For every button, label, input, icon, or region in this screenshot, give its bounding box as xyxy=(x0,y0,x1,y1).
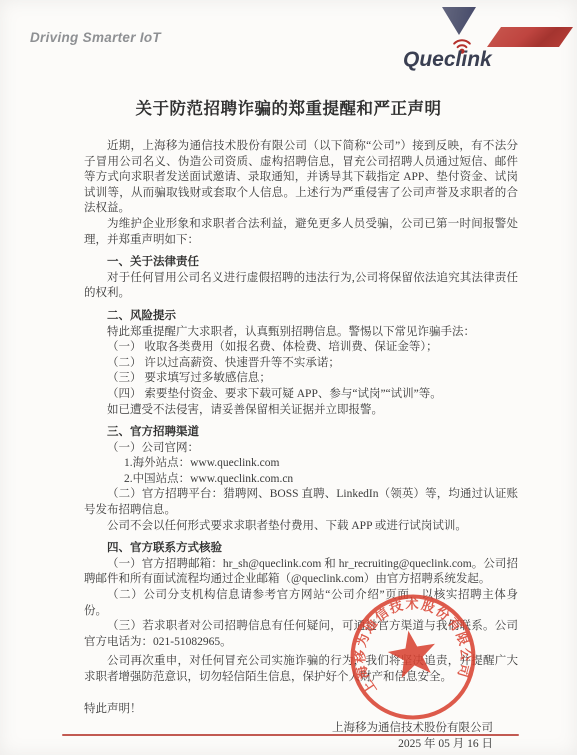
closing-paragraph: 公司再次重申，对任何冒充公司实施诈骗的行为，我们将坚决追责，并提醒广大求职者增强… xyxy=(84,654,518,685)
brand-tagline: Driving Smarter IoT xyxy=(30,30,161,45)
section4-heading: 四、官方联系方式核验 xyxy=(84,541,518,557)
statement-line: 特此声明！ xyxy=(84,702,518,718)
logo-triangle-icon xyxy=(442,7,476,35)
section1-heading: 一、关于法律责任 xyxy=(84,255,518,271)
brand-name: Queclink xyxy=(403,48,492,72)
scanned-letter-page: Driving Smarter IoT Queclink 关于防范招聘诈骗的郑重… xyxy=(0,0,577,755)
section2-heading: 二、风险提示 xyxy=(84,309,518,325)
section2-item-2: （二） 许以过高薪资、快速晋升等不实承诺； xyxy=(84,356,518,372)
document-body: 近期，上海移为通信技术股份有限公司（以下简称“公司”）接到反映，有不法分子冒用公… xyxy=(84,139,518,752)
section2-outro: 如已遭受不法侵害，请妥善保留相关证据并立即报警。 xyxy=(84,403,518,419)
intro-paragraph-2: 为维护企业形象和求职者合法利益，避免更多人员受骗，公司已第一时间报警处理，并郑重… xyxy=(84,217,518,248)
section3-sub-2: 2.中国站点：www.queclink.com.cn xyxy=(84,472,518,488)
section2-item-4: （四） 索要垫付资金、要求下载可疑 APP、参与“试岗”“试训”等。 xyxy=(84,387,518,403)
section4-item-3: （三）若求职者对公司招聘信息有任何疑问，可通过官方渠道与我们联系。公司官方电话为… xyxy=(84,619,518,650)
section3-sub-1: 1.海外站点：www.queclink.com xyxy=(84,456,518,472)
section3-item-1: （一）公司官网： xyxy=(84,441,518,457)
section3-item-2: （二）官方招聘平台：猎聘网、BOSS 直聘、LinkedIn（领英）等，均通过认… xyxy=(84,487,518,518)
section3-outro: 公司不会以任何形式要求求职者垫付费用、下载 APP 或进行试岗试训。 xyxy=(84,519,518,535)
footer-rule xyxy=(62,734,519,736)
logo-band-icon xyxy=(487,27,573,47)
section2-item-3: （三） 要求填写过多敏感信息； xyxy=(84,371,518,387)
queclink-logo: Queclink xyxy=(395,0,577,80)
signature-date: 2025 年 05 月 16 日 xyxy=(84,737,518,753)
document-title: 关于防范招聘诈骗的郑重提醒和严正声明 xyxy=(0,95,577,119)
section4-item-2: （二）公司分支机构信息请参考官方网站“公司介绍”页面，以核实招聘主体身份。 xyxy=(84,588,518,619)
section2-intro: 特此郑重提醒广大求职者，认真甄别招聘信息。警惕以下常见诈骗手法： xyxy=(84,325,518,341)
section3-heading: 三、官方招聘渠道 xyxy=(84,425,518,441)
section1-body: 对于任何冒用公司名义进行虚假招聘的违法行为,公司将保留依法追究其法律责任的权利。 xyxy=(84,271,518,302)
intro-paragraph-1: 近期，上海移为通信技术股份有限公司（以下简称“公司”）接到反映，有不法分子冒用公… xyxy=(84,139,518,217)
section4-item-1: （一）官方招聘邮箱：hr_sh@queclink.com 和 hr_recrui… xyxy=(84,557,518,588)
section2-item-1: （一） 收取各类费用（如报名费、体检费、培训费、保证金等）； xyxy=(84,340,518,356)
